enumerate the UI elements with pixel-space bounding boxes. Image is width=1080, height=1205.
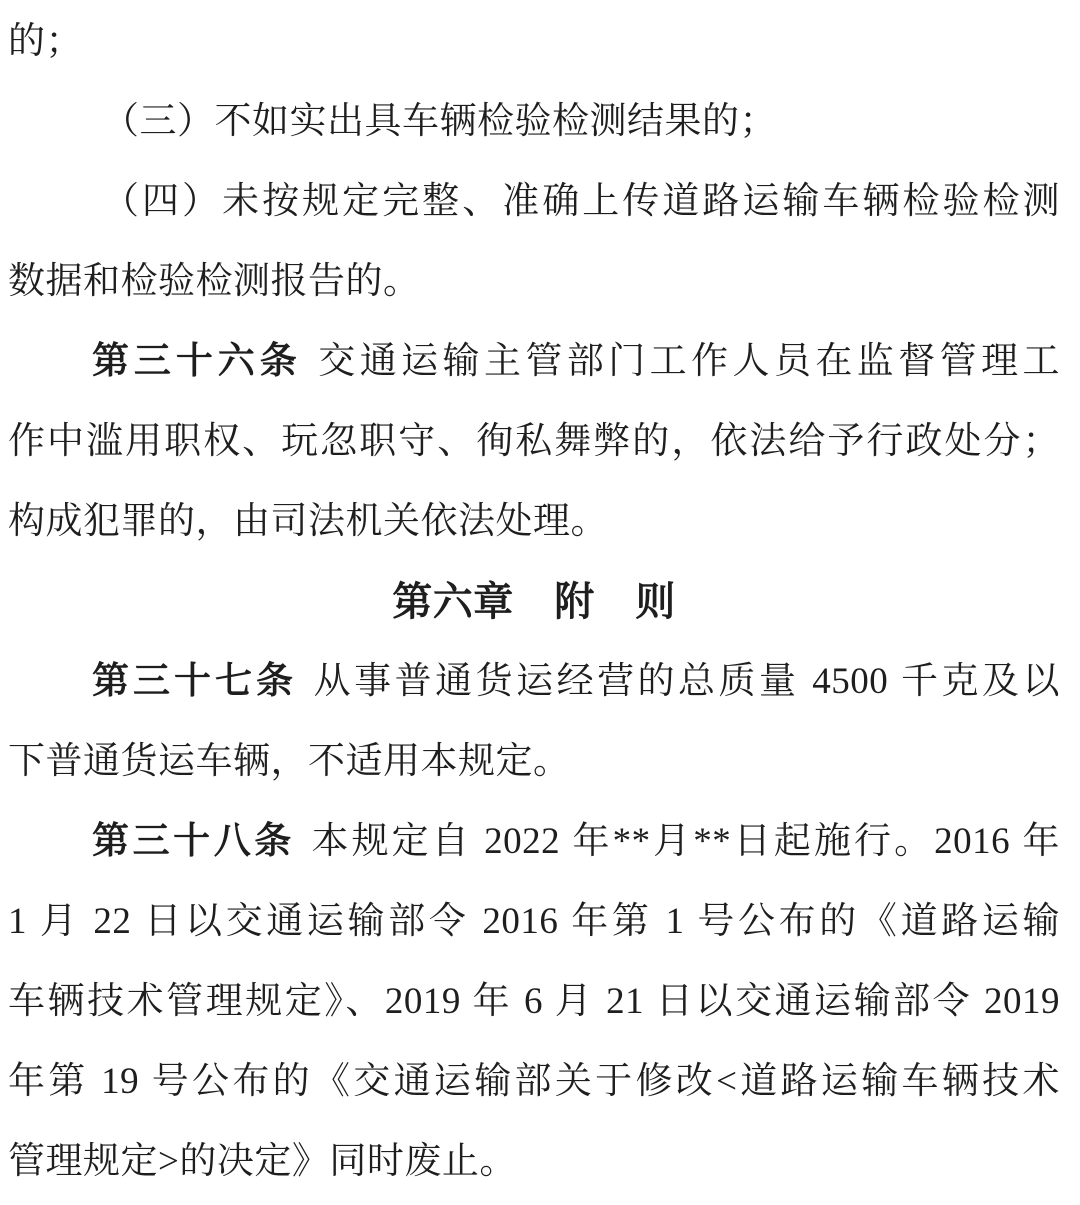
article-38-line2: 1 月 22 日以交通运输部令 2016 年第 1 号公布的《道路运输 <box>8 882 1060 962</box>
item-4-clause-line1: （四）未按规定完整、准确上传道路运输车辆检验检测 <box>8 162 1060 242</box>
article-36-line3: 构成犯罪的，由司法机关依法处理。 <box>8 482 1060 562</box>
article-38-line1: 第三十八条本规定自 2022 年**月**日起施行。2016 年 <box>8 802 1060 882</box>
article-37-line1: 第三十七条从事普通货运经营的总质量 4500 千克及以 <box>8 642 1060 722</box>
article-37-text-line1: 从事普通货运经营的总质量 4500 千克及以 <box>314 661 1060 702</box>
article-37-line2: 下普通货运车辆，不适用本规定。 <box>8 722 1060 802</box>
article-36-text-line1: 交通运输主管部门工作人员在监督管理工 <box>318 341 1060 382</box>
article-38-line5: 管理规定>的决定》同时废止。 <box>8 1122 1060 1202</box>
article-38-number: 第三十八条 <box>92 821 295 862</box>
previous-paragraph-tail: 的； <box>8 2 1060 82</box>
article-36-line2: 作中滥用职权、玩忽职守、徇私舞弊的，依法给予行政处分； <box>8 402 1060 482</box>
article-36-line1: 第三十六条交通运输主管部门工作人员在监督管理工 <box>8 322 1060 402</box>
article-36-number: 第三十六条 <box>92 341 302 382</box>
chapter-6-heading: 第六章 附 则 <box>8 562 1060 642</box>
item-4-clause-line2: 数据和检验检测报告的。 <box>8 242 1060 322</box>
article-38-text-line1: 本规定自 2022 年**月**日起施行。2016 年 <box>312 821 1060 862</box>
article-37-number: 第三十七条 <box>92 661 297 702</box>
document-page: 的； （三）不如实出具车辆检验检测结果的； （四）未按规定完整、准确上传道路运输… <box>0 0 1080 1202</box>
item-3-clause: （三）不如实出具车辆检验检测结果的； <box>8 82 1060 162</box>
article-38-line4: 年第 19 号公布的《交通运输部关于修改<道路运输车辆技术 <box>8 1042 1060 1122</box>
article-38-line3: 车辆技术管理规定》、2019 年 6 月 21 日以交通运输部令 2019 <box>8 962 1060 1042</box>
